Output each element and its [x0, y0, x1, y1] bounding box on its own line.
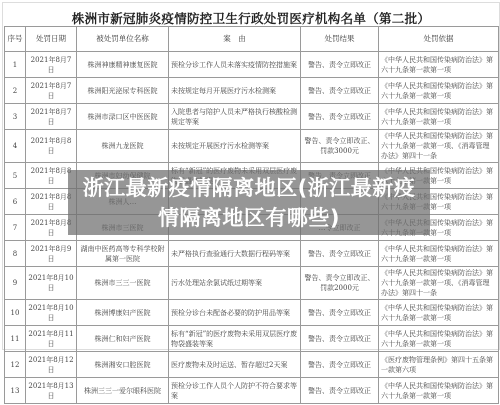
cell-result: 警告、责令立即改正 — [301, 378, 379, 404]
cell-seq: 1 — [5, 52, 26, 78]
cell-reason: 预检分诊工作人员个人防护不符合要求等案 — [169, 378, 301, 404]
cell-seq: 5 — [5, 163, 26, 189]
table-row: 112021年8月11日株洲仁和妇产医院标有“新冠”的医疗废物未采用双层医疗废物… — [5, 326, 499, 352]
overlay-line-2: 情隔离地区有哪些) — [158, 203, 340, 233]
cell-reason: 预检分诊台未配备必要的防护用品等案 — [169, 300, 301, 326]
cell-result: 警告、责令立即改正 — [301, 300, 379, 326]
cell-result: 警告、责令立即改正 — [301, 104, 379, 130]
table-header-row: 序号 处罚日期 被处罚单位名称 案 由 处罚结果 处罚依据 — [5, 27, 499, 52]
cell-result: 警告、责令立即改正、罚款2000元 — [301, 267, 379, 300]
table-row: 92021年8月10日株洲市三三一医院污水处理站余氯试纸过期等案警告、责令立即改… — [5, 267, 499, 300]
cell-seq: 3 — [5, 104, 26, 130]
cell-date: 2021年8月10日 — [26, 300, 77, 326]
cell-date: 2021年8月8日 — [26, 130, 77, 163]
cell-basis: 《中华人民共和国传染病防治法》第六十九条第一款第一项 — [379, 378, 499, 404]
cell-reason: 预检分诊工作人员未落实疫情防控措施案 — [169, 52, 301, 78]
cell-basis: 《中华人民共和国传染病防治法》第六十九条第一款第一项 — [379, 326, 499, 352]
cell-seq: 2 — [5, 78, 26, 104]
cell-unit: 株洲九龙医院 — [77, 130, 169, 163]
cell-basis: 《医疗废物管理条例》第四十五条第一款第六项 — [379, 352, 499, 378]
header-date: 处罚日期 — [26, 27, 77, 52]
cell-seq: 12 — [5, 352, 26, 378]
cell-date: 2021年8月12日 — [26, 352, 77, 378]
cell-unit: 株洲仁和妇产医院 — [77, 326, 169, 352]
table-row: 32021年8月7日株洲市渌口区中医医院入院患者与陪护人员未严格执行核酸检测规定… — [5, 104, 499, 130]
cell-reason: 入院患者与陪护人员未严格执行核酸检测规定等案 — [169, 104, 301, 130]
cell-seq: 13 — [5, 378, 26, 404]
cell-reason: 标有“新冠”的医疗废物未采用双层医疗废物袋盛装等案 — [169, 326, 301, 352]
table-row: 22021年8月7日株洲阳光泌尿专科医院未按规定每月开展医疗污水检测案警告、责令… — [5, 78, 499, 104]
cell-reason: 污水处理站余氯试纸过期等案 — [169, 267, 301, 300]
cell-basis: 《中华人民共和国传染病防治法》第六十九条第一款第一项、《消毒管理办法》第四十一条 — [379, 130, 499, 163]
table-row: 102021年8月10日株洲博康妇产医院预检分诊台未配备必要的防护用品等案警告、… — [5, 300, 499, 326]
cell-basis: 《中华人民共和国传染病防治法》第六十九条第一款第一项 — [379, 241, 499, 267]
cell-seq: 7 — [5, 215, 26, 241]
document-title: 株洲市新冠肺炎疫情防控卫生行政处罚医疗机构名单（第二批） — [3, 9, 499, 27]
cell-basis: 《中华人民共和国传染病防治法》第六十九条第一款第一项 — [379, 300, 499, 326]
table-row: 12021年8月7日株洲神康精神康复医院预检分诊工作人员未落实疫情防控措施案警告… — [5, 52, 499, 78]
cell-result: 警告、责令立即改正、罚款3000元 — [301, 130, 379, 163]
cell-date: 2021年8月13日 — [26, 378, 77, 404]
cell-result: 警告、责令立即改正 — [301, 352, 379, 378]
header-unit: 被处罚单位名称 — [77, 27, 169, 52]
cell-seq: 11 — [5, 326, 26, 352]
cell-basis: 《中华人民共和国传染病防治法》第六十九条第一款第一项 — [379, 78, 499, 104]
cell-result: 警告、责令立即改正 — [301, 241, 379, 267]
headline-overlay: 浙江最新疫情隔离地区(浙江最新疫 情隔离地区有哪些) — [68, 170, 430, 235]
cell-unit: 湖南中医药高等专科学校附属第一医院 — [77, 241, 169, 267]
cell-unit: 株洲阳光泌尿专科医院 — [77, 78, 169, 104]
cell-seq: 10 — [5, 300, 26, 326]
cell-unit: 株洲湘安口腔医院 — [77, 352, 169, 378]
cell-seq: 6 — [5, 189, 26, 215]
cell-date: 2021年8月7日 — [26, 78, 77, 104]
cell-basis: 《中华人民共和国传染病防治法》第六十九条第一款第一项 — [379, 52, 499, 78]
cell-unit: 株洲市渌口区中医医院 — [77, 104, 169, 130]
cell-unit: 株洲博康妇产医院 — [77, 300, 169, 326]
header-reason: 案 由 — [169, 27, 301, 52]
cell-date: 2021年8月9日 — [26, 241, 77, 267]
header-basis: 处罚依据 — [379, 27, 499, 52]
cell-basis: 《中华人民共和国传染病防治法》第六十九条第一款第一项 — [379, 104, 499, 130]
cell-seq: 9 — [5, 267, 26, 300]
header-result: 处罚结果 — [301, 27, 379, 52]
cell-date: 2021年8月11日 — [26, 326, 77, 352]
cell-date: 2021年8月10日 — [26, 267, 77, 300]
cell-reason: 未按规定开展医疗污水检测等案 — [169, 130, 301, 163]
table-row: 122021年8月12日株洲湘安口腔医院医疗废物未及时运送、暂存超过2天案警告、… — [5, 352, 499, 378]
cell-seq: 8 — [5, 241, 26, 267]
cell-date: 2021年8月7日 — [26, 52, 77, 78]
cell-reason: 医疗废物未及时运送、暂存超过2天案 — [169, 352, 301, 378]
cell-unit: 株洲三三一爱尔眼科医院 — [77, 378, 169, 404]
cell-basis: 《中华人民共和国传染病防治法》第六十九条第一款第一项、《消毒管理办法》第四十一条 — [379, 267, 499, 300]
cell-unit: 株洲神康精神康复医院 — [77, 52, 169, 78]
cell-result: 警告、责令立即改正 — [301, 326, 379, 352]
header-seq: 序号 — [5, 27, 26, 52]
table-row: 42021年8月8日株洲九龙医院未按规定开展医疗污水检测等案警告、责令立即改正、… — [5, 130, 499, 163]
table-row: 82021年8月9日湖南中医药高等专科学校附属第一医院未严格执行查验通行大数据行… — [5, 241, 499, 267]
cell-result: 警告、责令立即改正 — [301, 78, 379, 104]
cell-unit: 株洲市三三一医院 — [77, 267, 169, 300]
cell-date: 2021年8月7日 — [26, 104, 77, 130]
overlay-line-1: 浙江最新疫情隔离地区(浙江最新疫 — [83, 173, 416, 203]
cell-reason: 未严格执行查验通行大数据行程码等案 — [169, 241, 301, 267]
cell-reason: 未按规定每月开展医疗污水检测案 — [169, 78, 301, 104]
table-row: 132021年8月13日株洲三三一爱尔眼科医院预检分诊工作人员个人防护不符合要求… — [5, 378, 499, 404]
cell-seq: 4 — [5, 130, 26, 163]
cell-result: 警告、责令立即改正 — [301, 52, 379, 78]
